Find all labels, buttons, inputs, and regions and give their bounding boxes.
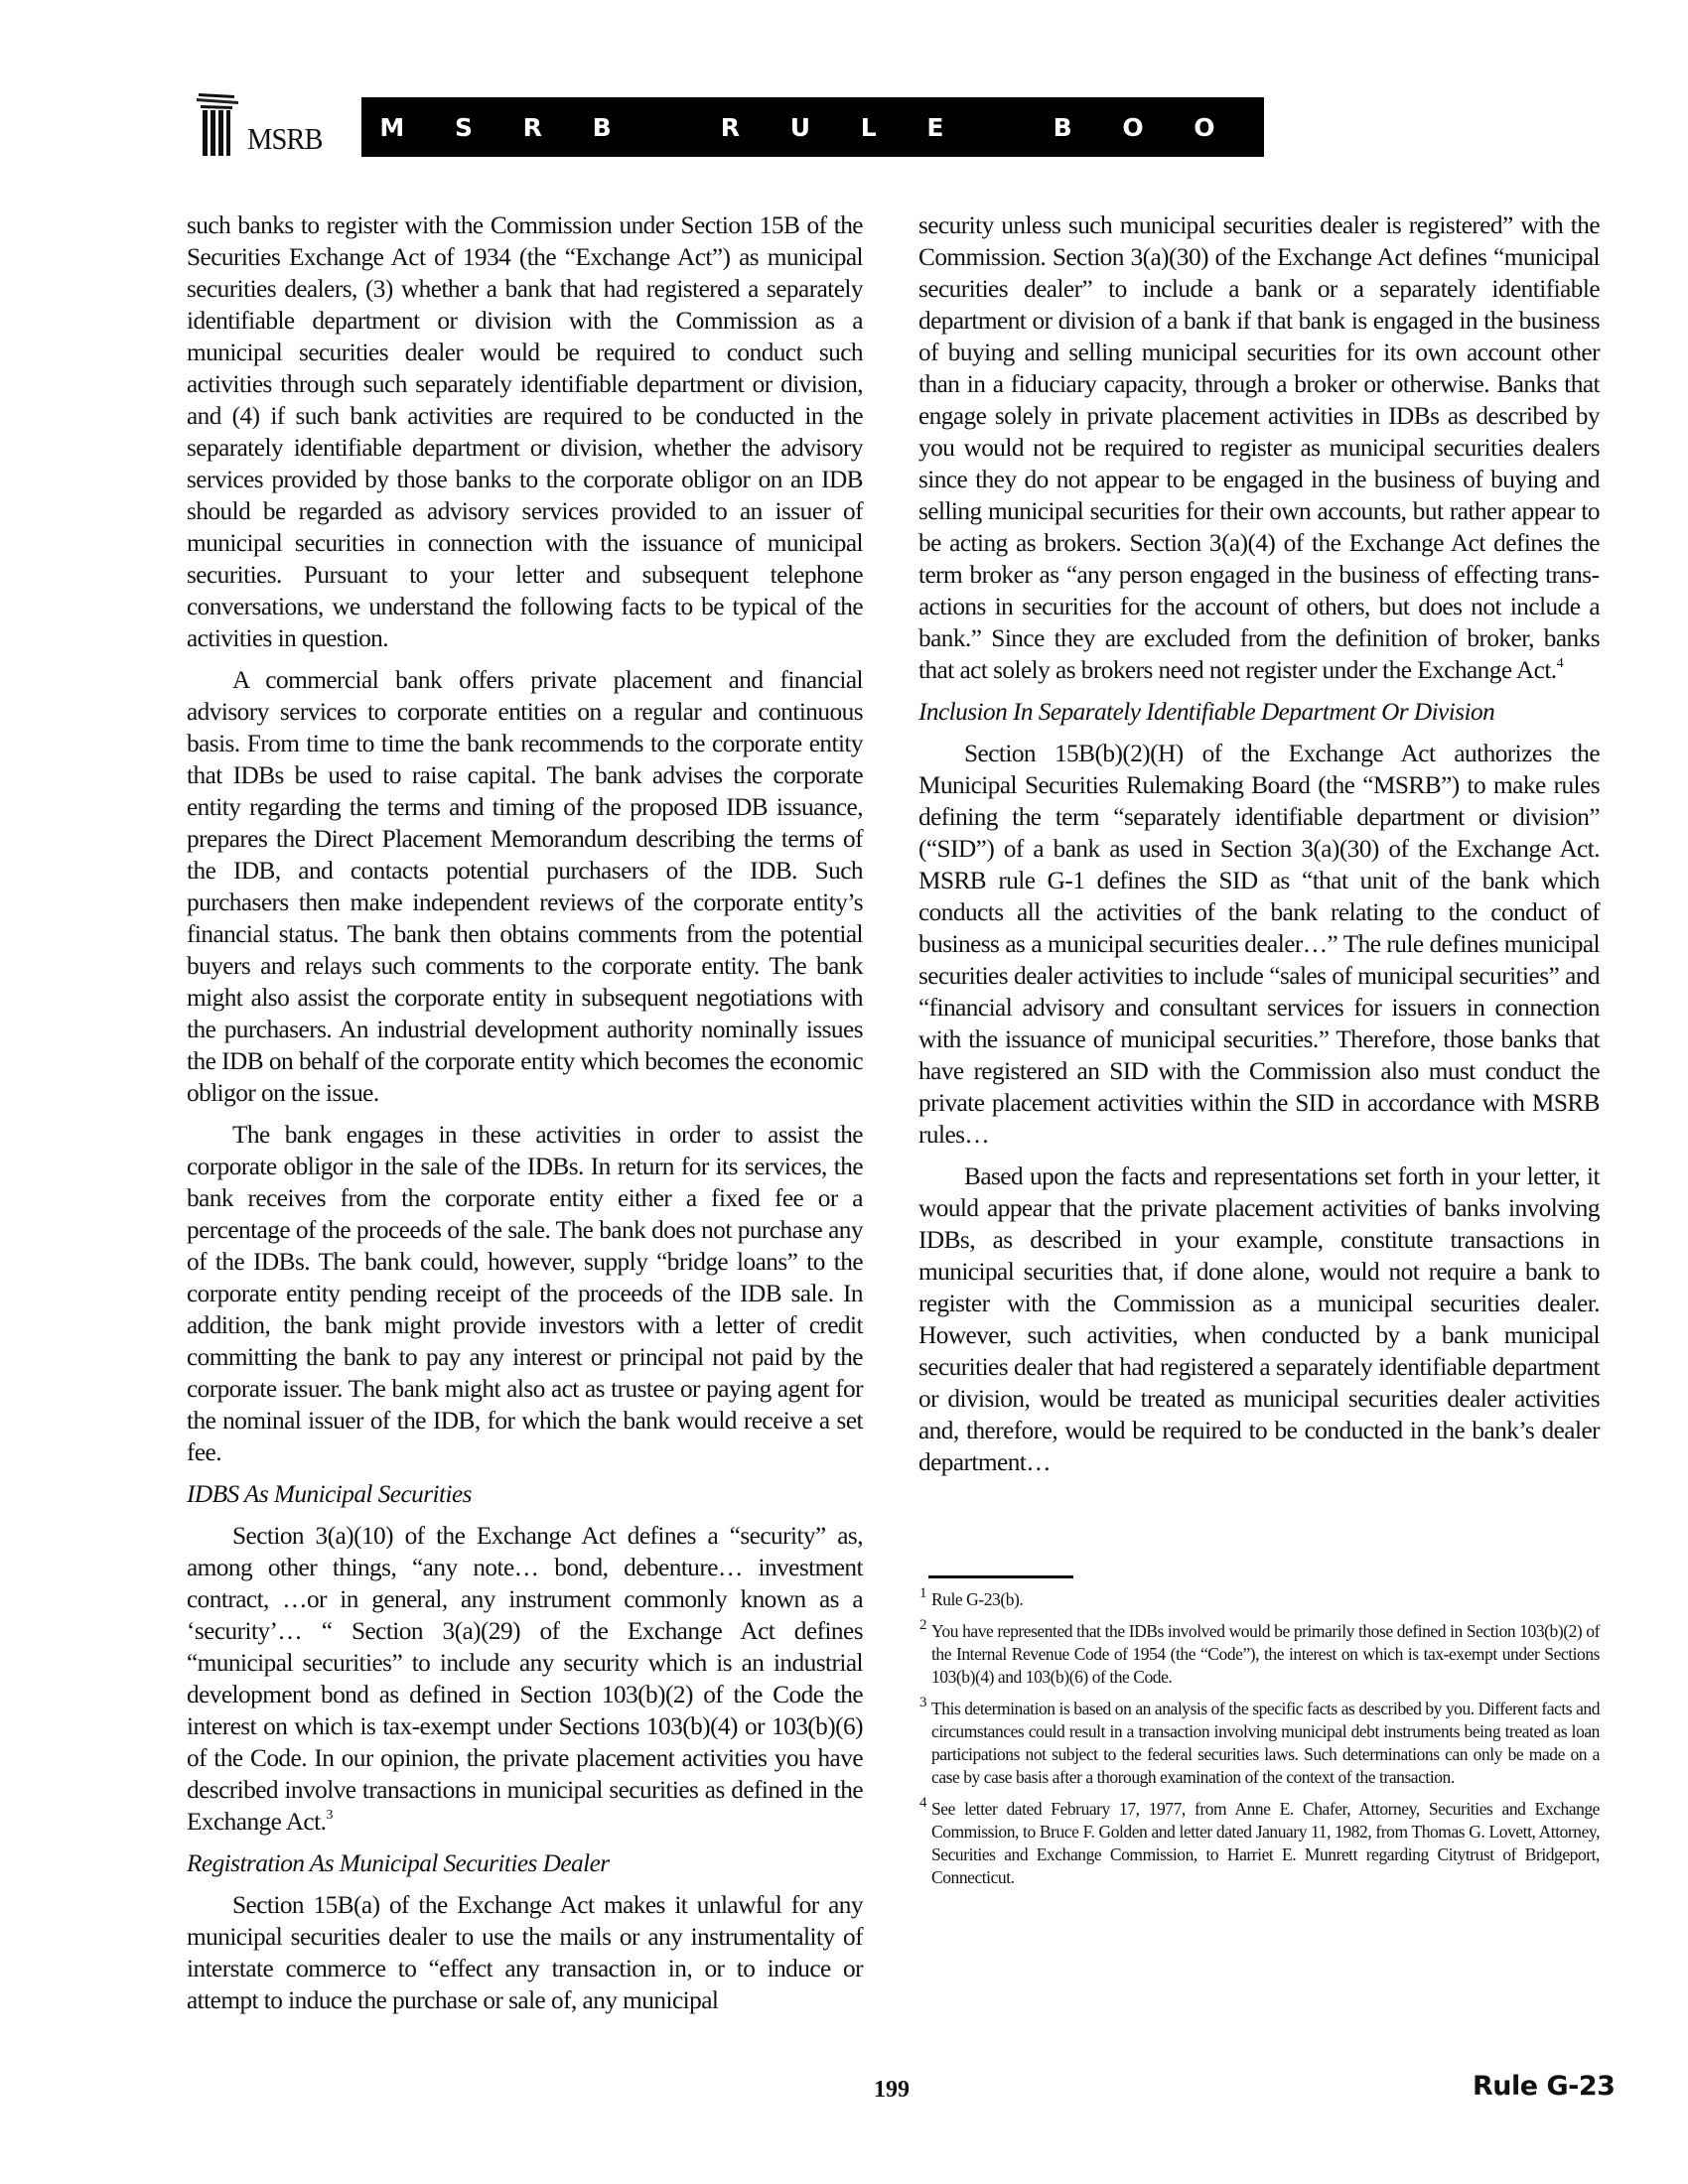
footnote-2: 2 You have represented that the IDBs inv… [918,1620,1600,1689]
paragraph: Section 15B(a) of the Exchange Act makes… [187,1889,863,2016]
paragraph: Section 3(a)(10) of the Exchange Act def… [187,1520,863,1838]
footnote-ref[interactable]: 3 [326,1808,332,1823]
paragraph-text: security unless such municipal securitie… [918,211,1600,684]
footnote-divider [928,1575,1073,1578]
page-number: 199 [874,2077,910,2104]
footnote-text: Rule G-23(b). [931,1589,1023,1609]
footnote-text: You have represented that the IDBs invol… [931,1621,1600,1687]
header-banner: M S R B R U L E B O O K [361,97,1264,157]
section-heading: Inclusion In Separately Identifiable Dep… [918,696,1600,728]
paragraph-text: Section 3(a)(10) of the Exchange Act def… [187,1522,863,1836]
msrb-logo: MSRB [195,91,344,161]
footnote-number: 1 [919,1582,926,1605]
footnote-3: 3 This determination is based on an anal… [918,1698,1600,1789]
header-title: M S R B R U L E B O O K [379,113,1305,142]
footnote-number: 2 [919,1614,926,1637]
footnotes: 1 Rule G-23(b). 2 You have represented t… [918,1588,1600,1898]
footnote-4: 4 See letter dated February 17, 1977, fr… [918,1798,1600,1889]
paragraph: such banks to register with the Commissi… [187,209,863,654]
paragraph: A commercial bank offers private placeme… [187,664,863,1109]
paragraph: Section 15B(b)(2)(H) of the Exchange Act… [918,738,1600,1151]
footnote-ref[interactable]: 4 [1557,656,1563,671]
footnote-text: See letter dated February 17, 1977, from… [931,1799,1600,1887]
footnote-number: 4 [919,1792,926,1815]
logo-text: MSRB [247,121,323,157]
section-heading: IDBS As Municipal Securities [187,1478,863,1510]
rule-label: Rule G-23 [1473,2071,1615,2102]
left-column: such banks to register with the Commissi… [187,209,863,2016]
footnote-text: This determination is based on an analys… [931,1699,1600,1787]
paragraph: Based upon the facts and representations… [918,1160,1600,1478]
paragraph: The bank engages in these activities in … [187,1119,863,1468]
right-column: security unless such municipal securitie… [918,209,1600,1478]
pillar-icon [195,91,250,159]
section-heading: Registration As Municipal Securities Dea… [187,1847,863,1879]
footnote-number: 3 [919,1692,926,1714]
footnote-1: 1 Rule G-23(b). [918,1588,1600,1611]
paragraph: security unless such municipal securitie… [918,209,1600,686]
